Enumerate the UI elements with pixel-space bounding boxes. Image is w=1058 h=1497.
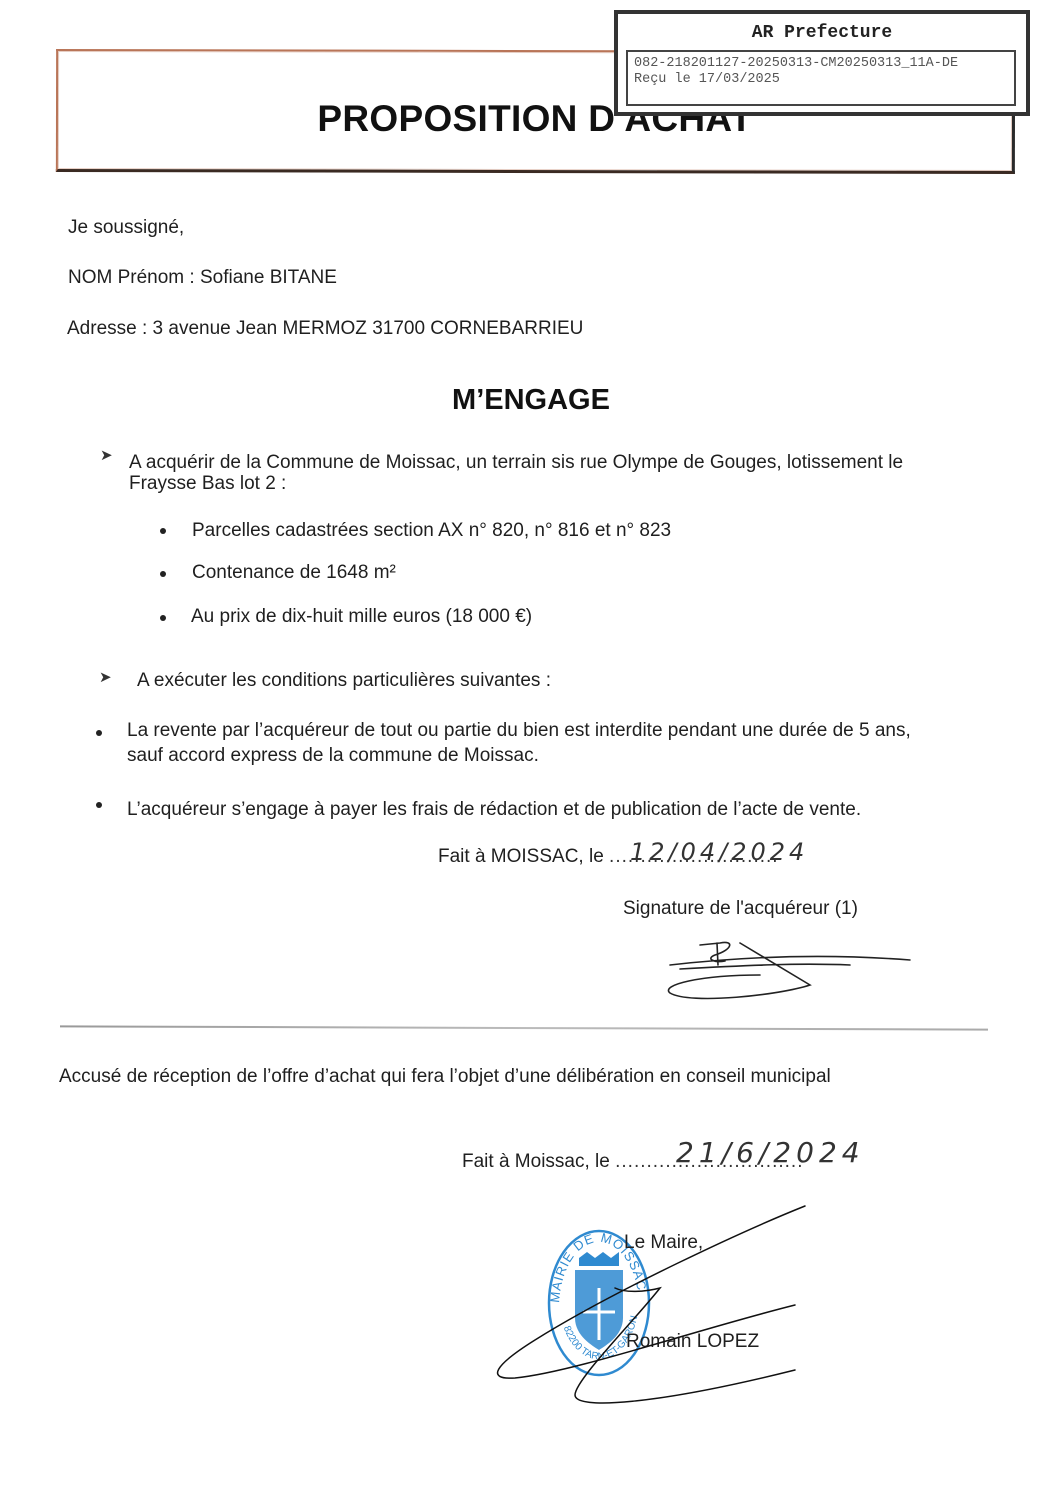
- commitment-heading: M’ENGAGE: [0, 384, 1058, 417]
- condition-fees: L’acquéreur s’engage à payer les frais d…: [127, 799, 861, 821]
- acquire-clause-line2: Fraysse Bas lot 2 :: [129, 473, 286, 495]
- mayor-signature: [495, 1200, 815, 1420]
- condition-resale-line2: sauf accord express de la commune de Moi…: [127, 745, 539, 767]
- arrow-bullet-icon: ➤: [100, 446, 113, 464]
- detail-area: Contenance de 1648 m²: [192, 562, 396, 584]
- prefecture-receipt-stamp: AR Prefecture 082-218201127-20250313-CM2…: [614, 10, 1030, 116]
- section-divider: [60, 1025, 988, 1030]
- bullet-icon: [160, 571, 166, 577]
- detail-price: Au prix de dix-huit mille euros (18 000 …: [191, 606, 532, 628]
- bullet-icon: [160, 528, 166, 534]
- stamp-title: AR Prefecture: [618, 23, 1026, 43]
- acquire-clause-line1: A acquérir de la Commune de Moissac, un …: [129, 452, 903, 474]
- arrow-bullet-icon: ➤: [99, 668, 112, 686]
- bullet-icon: [96, 730, 102, 736]
- mayor-date-handwritten: 21/6/2024: [676, 1136, 865, 1169]
- stamp-details-box: 082-218201127-20250313-CM20250313_11A-DE…: [626, 50, 1016, 106]
- mayor-place-label: Fait à Moissac, le: [462, 1151, 615, 1172]
- receipt-acknowledgement: Accusé de réception de l’offre d’achat q…: [59, 1066, 831, 1088]
- bullet-icon: [160, 615, 166, 621]
- conditions-intro: A exécuter les conditions particulières …: [137, 670, 551, 692]
- intro-text: Je soussigné,: [68, 217, 184, 239]
- detail-parcels: Parcelles cadastrées section AX n° 820, …: [192, 520, 671, 542]
- buyer-place-label: Fait à MOISSAC, le: [438, 846, 609, 867]
- buyer-name: NOM Prénom : Sofiane BITANE: [68, 267, 337, 289]
- stamp-received-date: Reçu le 17/03/2025: [634, 72, 780, 87]
- condition-resale-line1: La revente par l’acquéreur de tout ou pa…: [127, 720, 911, 742]
- buyer-date-handwritten: 12/04/2024: [630, 838, 808, 866]
- stamp-reference: 082-218201127-20250313-CM20250313_11A-DE: [634, 56, 958, 71]
- buyer-signature-label: Signature de l'acquéreur (1): [623, 898, 858, 920]
- bullet-icon: [96, 802, 102, 808]
- buyer-signature: [660, 935, 920, 1010]
- buyer-address: Adresse : 3 avenue Jean MERMOZ 31700 COR…: [67, 318, 583, 340]
